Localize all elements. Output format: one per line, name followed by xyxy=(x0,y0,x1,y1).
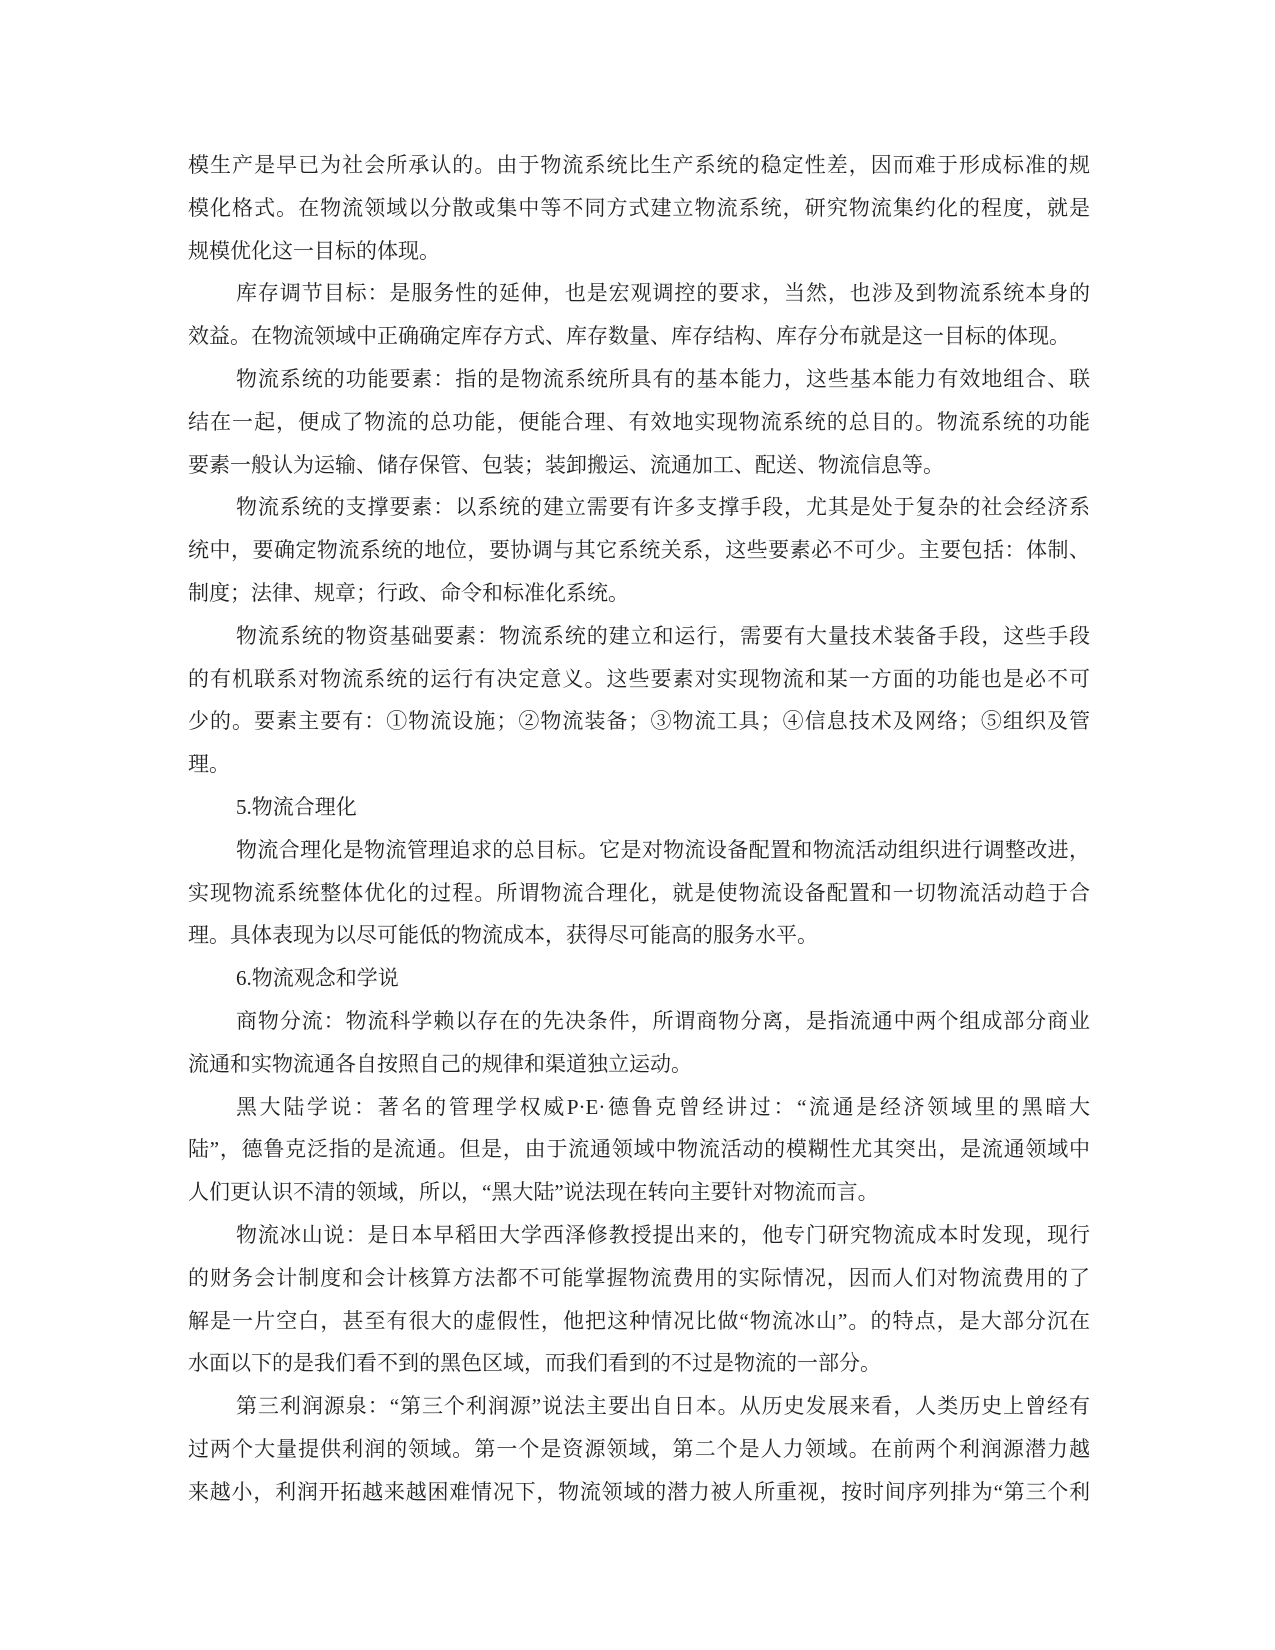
text-line: 物流合理化是物流管理追求的总目标。它是对物流设备配置和物流活动组织进行调整改进， xyxy=(188,829,1090,872)
text-line: 人们更认识不清的领域，所以，“黑大陆”说法现在转向主要针对物流而言。 xyxy=(188,1171,1090,1214)
paragraph-dark-continent-theory: 黑大陆学说：著名的管理学权威P·E·德鲁克曾经讲过：“流通是经济领域里的黑暗大 … xyxy=(188,1086,1090,1214)
paragraph-commodity-flow-separation: 商物分流：物流科学赖以存在的先决条件，所谓商物分离，是指流通中两个组成部分商业 … xyxy=(188,1000,1090,1086)
text-line: 第三利润源泉：“第三个利润源”说法主要出自日本。从历史发展来看，人类历史上曾经有 xyxy=(188,1385,1090,1428)
text-line: 黑大陆学说：著名的管理学权威P·E·德鲁克曾经讲过：“流通是经济领域里的黑暗大 xyxy=(188,1086,1090,1129)
text-line: 理。具体表现为以尽可能低的物流成本，获得尽可能高的服务水平。 xyxy=(188,914,1090,957)
text-line: 理。 xyxy=(188,743,1090,786)
text-line: 制度；法律、规章；行政、命令和标准化系统。 xyxy=(188,572,1090,615)
text-line: 物流系统的支撑要素：以系统的建立需要有许多支撑手段，尤其是处于复杂的社会经济系 xyxy=(188,486,1090,529)
text-line: 5.物流合理化 xyxy=(188,786,1090,829)
paragraph-third-profit-source: 第三利润源泉：“第三个利润源”说法主要出自日本。从历史发展来看，人类历史上曾经有… xyxy=(188,1385,1090,1513)
text-line: 库存调节目标：是服务性的延伸，也是宏观调控的要求，当然，也涉及到物流系统本身的 xyxy=(188,272,1090,315)
text-line: 物流冰山说：是日本早稻田大学西泽修教授提出来的，他专门研究物流成本时发现，现行 xyxy=(188,1214,1090,1257)
text-line: 少的。要素主要有：①物流设施；②物流装备；③物流工具；④信息技术及网络；⑤组织及… xyxy=(188,700,1090,743)
text-line: 统中，要确定物流系统的地位，要协调与其它系统关系，这些要素必不可少。主要包括：体… xyxy=(188,529,1090,572)
document-page: 模生产是早已为社会所承认的。由于物流系统比生产系统的稳定性差，因而难于形成标准的… xyxy=(0,0,1275,1650)
text-line: 的财务会计制度和会计核算方法都不可能掌握物流费用的实际情况，因而人们对物流费用的… xyxy=(188,1257,1090,1300)
heading-5-logistics-rationalization: 5.物流合理化 xyxy=(188,786,1090,829)
text-line: 结在一起，便成了物流的总功能，便能合理、有效地实现物流系统的总目的。物流系统的功… xyxy=(188,401,1090,444)
paragraph-logistics-iceberg-theory: 物流冰山说：是日本早稻田大学西泽修教授提出来的，他专门研究物流成本时发现，现行 … xyxy=(188,1214,1090,1385)
text-line: 模化格式。在物流领域以分散或集中等不同方式建立物流系统，研究物流集约化的程度，就… xyxy=(188,187,1090,230)
paragraph-material-base-elements: 物流系统的物资基础要素：物流系统的建立和运行，需要有大量技术装备手段，这些手段 … xyxy=(188,615,1090,786)
text-line: 效益。在物流领域中正确确定库存方式、库存数量、库存结构、库存分布就是这一目标的体… xyxy=(188,315,1090,358)
paragraph-functional-elements: 物流系统的功能要素：指的是物流系统所具有的基本能力，这些基本能力有效地组合、联 … xyxy=(188,358,1090,486)
text-line: 规模优化这一目标的体现。 xyxy=(188,230,1090,273)
paragraph-scale-optimization: 模生产是早已为社会所承认的。由于物流系统比生产系统的稳定性差，因而难于形成标准的… xyxy=(188,144,1090,272)
document-text: 模生产是早已为社会所承认的。由于物流系统比生产系统的稳定性差，因而难于形成标准的… xyxy=(188,144,1090,1514)
text-line: 物流系统的功能要素：指的是物流系统所具有的基本能力，这些基本能力有效地组合、联 xyxy=(188,358,1090,401)
text-line: 要素一般认为运输、储存保管、包装；装卸搬运、流通加工、配送、物流信息等。 xyxy=(188,444,1090,487)
text-line: 模生产是早已为社会所承认的。由于物流系统比生产系统的稳定性差，因而难于形成标准的… xyxy=(188,144,1090,187)
text-line: 过两个大量提供利润的领域。第一个是资源领域，第二个是人力领域。在前两个利润源潜力… xyxy=(188,1428,1090,1471)
text-line: 流通和实物流通各自按照自己的规律和渠道独立运动。 xyxy=(188,1043,1090,1086)
text-line: 来越小，利润开拓越来越困难情况下，物流领域的潜力被人所重视，按时间序列排为“第三… xyxy=(188,1471,1090,1514)
text-line: 实现物流系统整体优化的过程。所谓物流合理化，就是使物流设备配置和一切物流活动趋于… xyxy=(188,872,1090,915)
text-line: 商物分流：物流科学赖以存在的先决条件，所谓商物分离，是指流通中两个组成部分商业 xyxy=(188,1000,1090,1043)
heading-6-logistics-concepts: 6.物流观念和学说 xyxy=(188,957,1090,1000)
text-line: 的有机联系对物流系统的运行有决定意义。这些要素对实现物流和某一方面的功能也是必不… xyxy=(188,658,1090,701)
text-line: 物流系统的物资基础要素：物流系统的建立和运行，需要有大量技术装备手段，这些手段 xyxy=(188,615,1090,658)
paragraph-inventory-goal: 库存调节目标：是服务性的延伸，也是宏观调控的要求，当然，也涉及到物流系统本身的 … xyxy=(188,272,1090,358)
paragraph-support-elements: 物流系统的支撑要素：以系统的建立需要有许多支撑手段，尤其是处于复杂的社会经济系 … xyxy=(188,486,1090,614)
paragraph-rationalization-body: 物流合理化是物流管理追求的总目标。它是对物流设备配置和物流活动组织进行调整改进，… xyxy=(188,829,1090,957)
text-line: 解是一片空白，甚至有很大的虚假性，他把这种情况比做“物流冰山”。的特点，是大部分… xyxy=(188,1300,1090,1343)
text-line: 6.物流观念和学说 xyxy=(188,957,1090,1000)
text-line: 水面以下的是我们看不到的黑色区域，而我们看到的不过是物流的一部分。 xyxy=(188,1342,1090,1385)
text-line: 陆”，德鲁克泛指的是流通。但是，由于流通领域中物流活动的模糊性尤其突出，是流通领… xyxy=(188,1128,1090,1171)
